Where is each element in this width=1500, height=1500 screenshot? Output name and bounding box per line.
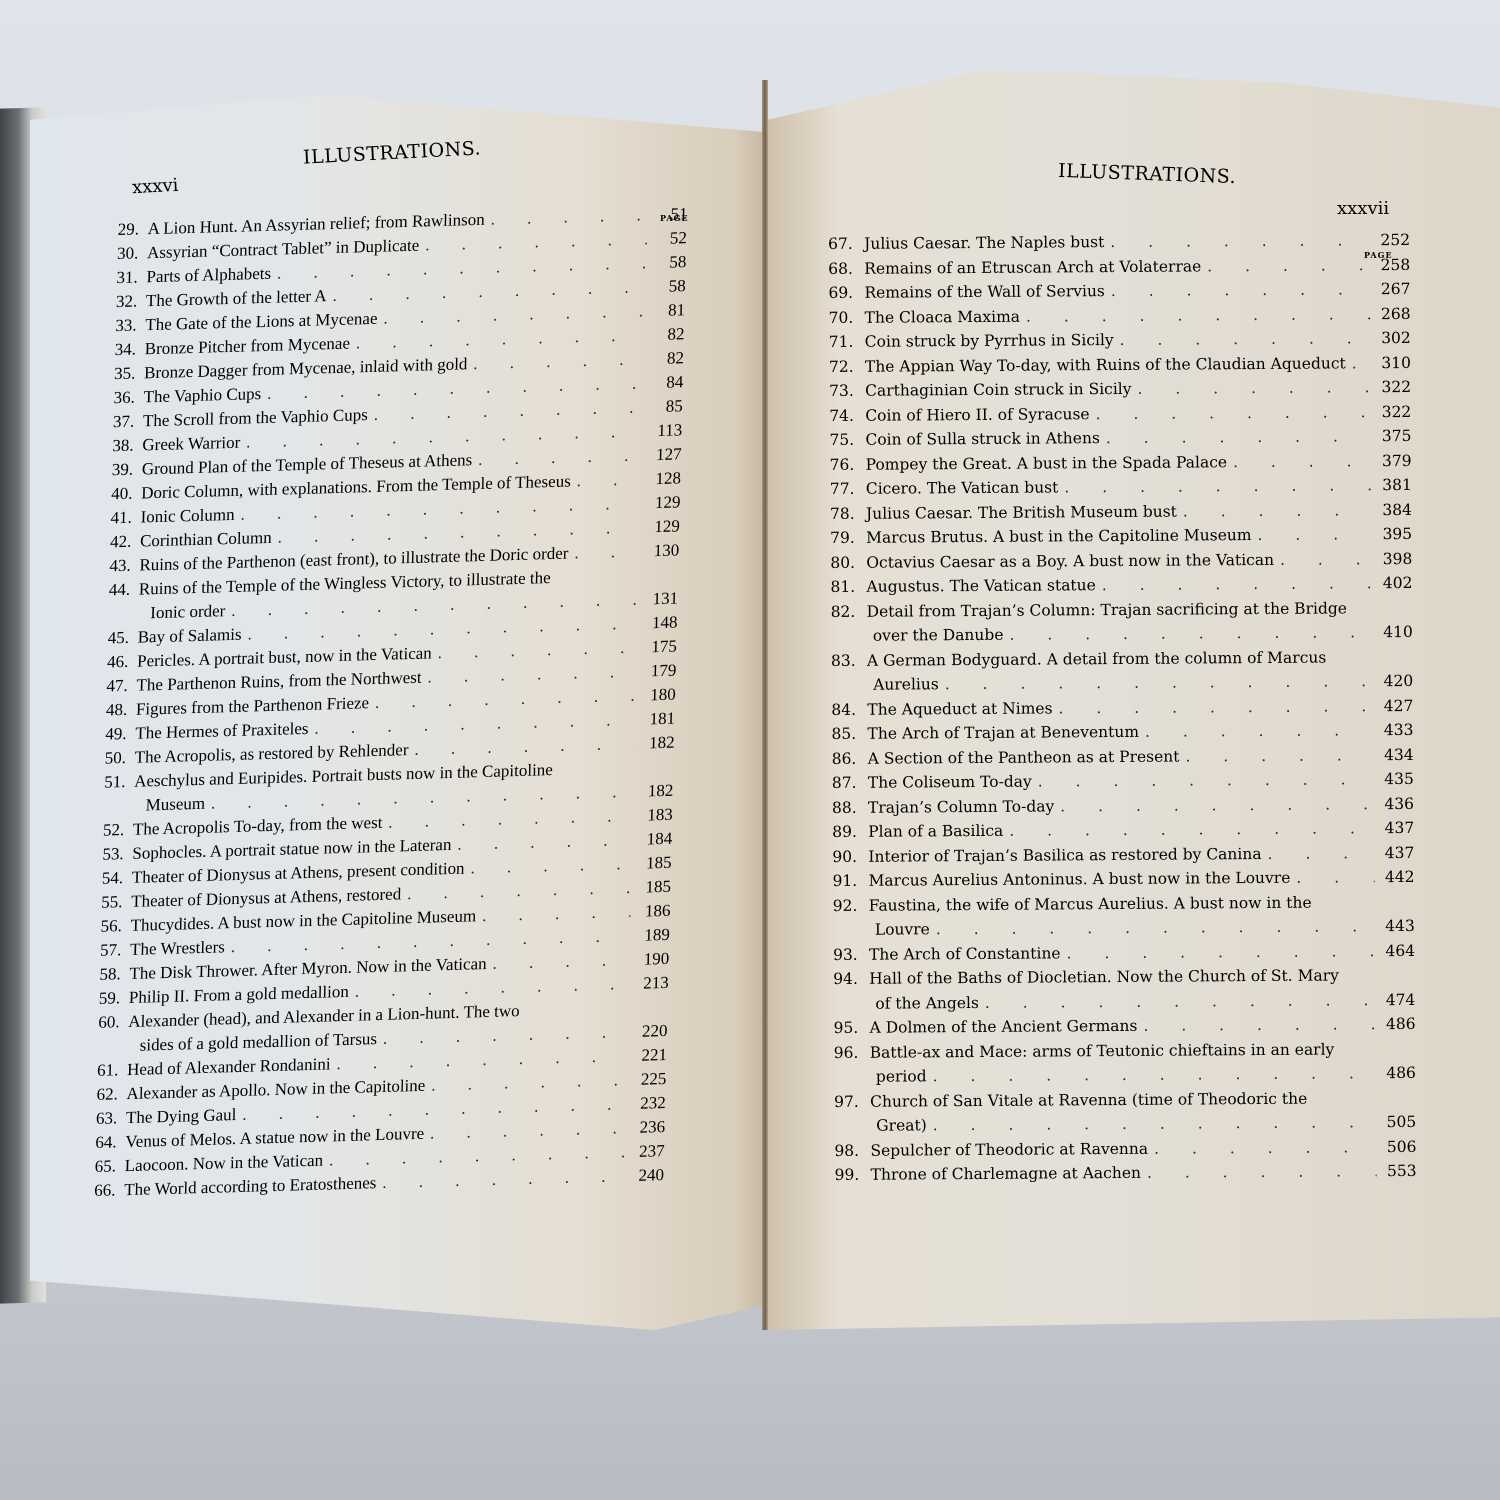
entry-page: 58 bbox=[652, 250, 687, 275]
entry-number: 37. bbox=[113, 409, 144, 434]
entry-title: The Appian Way To-day, with Ruins of the… bbox=[865, 351, 1346, 379]
entry-title: Coin of Hiero II. of Syracuse bbox=[865, 402, 1089, 428]
entry-number: 41. bbox=[110, 505, 141, 530]
entry-number: 65. bbox=[95, 1154, 126, 1179]
dot-leader: . . . . . . . . . . . . . . . . . . . . bbox=[1095, 400, 1371, 426]
entry-title-continuation: Great) bbox=[876, 1113, 927, 1138]
entry-number: 55. bbox=[101, 890, 132, 915]
entry-title: Remains of an Etruscan Arch at Volaterra… bbox=[864, 254, 1201, 281]
dot-leader: . . . . . . . . . . . . . . . . . . . . bbox=[1280, 547, 1372, 572]
entry-title: Battle-ax and Mace: arms of Teutonic chi… bbox=[870, 1037, 1335, 1065]
entry-page: 433 bbox=[1379, 718, 1413, 743]
left-illustrations-list: 29.A Lion Hunt. An Assyrian relief; from… bbox=[94, 202, 688, 1203]
entry-number: 30. bbox=[117, 241, 148, 266]
entry-number: 56. bbox=[100, 914, 131, 939]
entry-page: 381 bbox=[1378, 473, 1412, 498]
entry-page: 182 bbox=[640, 731, 675, 756]
entry-number: 96. bbox=[834, 1040, 870, 1065]
entry-page: 185 bbox=[637, 875, 672, 900]
entry-page: 82 bbox=[650, 346, 685, 371]
entry-number: 72. bbox=[829, 354, 865, 379]
entry-title: Pompey the Great. A bust in the Spada Pa… bbox=[866, 450, 1228, 477]
dot-leader: . . . . . . . . . . . . . . . . . . . . bbox=[1352, 351, 1371, 376]
entry-title: A Dolmen of the Ancient Germans bbox=[869, 1014, 1137, 1040]
dot-leader: . . . . . . . . . . . . . . . . . . . . bbox=[577, 467, 642, 493]
dot-leader: . . . . . . . . . . . . . . . . . . . . bbox=[1060, 792, 1374, 819]
entry-number: 89. bbox=[832, 820, 868, 845]
entry-title: Faustina, the wife of Marcus Aurelius. A… bbox=[869, 890, 1312, 918]
entry-page: 237 bbox=[630, 1139, 665, 1164]
entry-page: 486 bbox=[1381, 1012, 1415, 1037]
entry-page: 437 bbox=[1380, 816, 1414, 841]
entry-page: 131 bbox=[644, 586, 679, 611]
dot-leader: . . . . . . . . . . . . . . . . . . . . bbox=[936, 914, 1375, 942]
entry-title: Cicero. The Vatican bust bbox=[866, 475, 1059, 501]
entry-page: 302 bbox=[1377, 326, 1411, 351]
entry-number: 87. bbox=[832, 771, 868, 796]
entry-page: 52 bbox=[653, 226, 688, 251]
entry-page: 130 bbox=[645, 538, 680, 563]
entry-page: 127 bbox=[647, 442, 682, 467]
book-gutter bbox=[762, 80, 768, 1330]
entry-page: 189 bbox=[636, 923, 671, 948]
list-item: 99.Throne of Charlemagne at Aachen. . . … bbox=[834, 1159, 1416, 1188]
entry-page: 85 bbox=[649, 394, 684, 419]
entry-title: The Aqueduct at Nimes bbox=[867, 696, 1052, 722]
entry-number: 54. bbox=[102, 866, 133, 891]
entry-title-continuation: over the Danube bbox=[873, 623, 1004, 648]
dot-leader: . . . . . . . . . . . . . . . . . . . . bbox=[1183, 498, 1372, 524]
entry-number: 74. bbox=[829, 403, 865, 428]
entry-number: 80. bbox=[830, 550, 866, 575]
entry-title: Plan of a Basilica bbox=[868, 819, 1003, 844]
entry-title: The Wrestlers bbox=[130, 935, 225, 962]
entry-number: 44. bbox=[109, 578, 140, 603]
entry-page: 267 bbox=[1376, 277, 1410, 302]
entry-number: 61. bbox=[97, 1058, 128, 1083]
entry-page: 225 bbox=[632, 1067, 667, 1092]
entry-page: 186 bbox=[636, 899, 671, 924]
entry-number: 91. bbox=[832, 869, 868, 894]
entry-page: 398 bbox=[1378, 546, 1412, 571]
entry-title: Coin of Sulla struck in Athens bbox=[865, 426, 1100, 452]
entry-page: 435 bbox=[1380, 767, 1414, 792]
entry-number: 93. bbox=[833, 942, 869, 967]
entry-number: 47. bbox=[106, 674, 137, 699]
entry-page: 379 bbox=[1378, 448, 1412, 473]
entry-page: 213 bbox=[634, 971, 669, 996]
entry-title: The Arch of Trajan at Beneventum bbox=[867, 720, 1139, 746]
entry-title: Greek Warrior bbox=[142, 431, 240, 458]
dot-leader: . . . . . . . . . . . . . . . . . . . . bbox=[1120, 326, 1371, 352]
dot-leader: . . . . . . . . . . . . . . . . . . . . bbox=[1026, 302, 1371, 329]
entry-page: 180 bbox=[641, 683, 676, 708]
dot-leader: . . . . . . . . . . . . . . . . . . . . bbox=[1038, 767, 1374, 794]
entry-number: 85. bbox=[831, 722, 867, 747]
entry-page: 181 bbox=[641, 707, 676, 732]
entry-number: 33. bbox=[115, 313, 146, 338]
entry-page: 175 bbox=[643, 635, 678, 660]
entry-number: 92. bbox=[833, 893, 869, 918]
entry-number: 71. bbox=[829, 330, 865, 355]
entry-number: 75. bbox=[829, 428, 865, 453]
entry-number: 50. bbox=[104, 746, 135, 771]
dot-leader: . . . . . . . . . . . . . . . . . . . . bbox=[945, 669, 1374, 696]
entry-title: Interior of Trajan’s Basilica as restore… bbox=[868, 841, 1261, 868]
entry-page: 258 bbox=[1376, 252, 1410, 277]
entry-title: Coin struck by Pyrrhus in Sicily bbox=[865, 328, 1114, 354]
entry-number: 94. bbox=[833, 967, 869, 992]
entry-page: 375 bbox=[1377, 424, 1411, 449]
dot-leader: . . . . . . . . . . . . . . . . . . . . bbox=[1137, 375, 1371, 401]
dot-leader: . . . . . . . . . . . . . . . . . . . . bbox=[1154, 1135, 1376, 1161]
entry-number: 69. bbox=[828, 281, 864, 306]
entry-page: 84 bbox=[649, 370, 684, 395]
entry-page: 184 bbox=[638, 827, 673, 852]
entry-title: Throne of Charlemagne at Aachen bbox=[870, 1161, 1141, 1187]
dot-leader: . . . . . . . . . . . . . . . . . . . . bbox=[1267, 841, 1374, 866]
entry-page: 183 bbox=[639, 803, 674, 828]
entry-title: The Cloaca Maxima bbox=[865, 304, 1021, 330]
entry-number: 78. bbox=[830, 501, 866, 526]
entry-number: 29. bbox=[117, 217, 148, 242]
entry-number: 76. bbox=[830, 452, 866, 477]
entry-page: 322 bbox=[1377, 375, 1411, 400]
entry-page: 442 bbox=[1380, 865, 1414, 890]
entry-number: 63. bbox=[96, 1106, 127, 1131]
entry-page: 179 bbox=[642, 659, 677, 684]
dot-leader: . . . . . . . . . . . . . . . . . . . . bbox=[574, 540, 639, 566]
entry-number: 66. bbox=[94, 1178, 125, 1203]
entry-number: 90. bbox=[832, 844, 868, 869]
entry-title: Julius Caesar. The Naples bust bbox=[864, 230, 1104, 256]
entry-number: 34. bbox=[114, 337, 145, 362]
dot-leader: . . . . . . . . . . . . . . . . . . . . bbox=[1110, 228, 1370, 254]
entry-number: 42. bbox=[110, 529, 141, 554]
entry-title: Hall of the Baths of Diocletian. Now the… bbox=[869, 963, 1339, 991]
entry-page: 128 bbox=[647, 466, 682, 491]
entry-page: 81 bbox=[651, 298, 686, 323]
dot-leader: . . . . . . . . . . . . . . . . . . . . bbox=[985, 988, 1376, 1015]
entry-page: 505 bbox=[1382, 1110, 1416, 1135]
entry-page: 464 bbox=[1381, 938, 1415, 963]
entry-number: 39. bbox=[112, 457, 143, 482]
entry-number: 62. bbox=[96, 1082, 127, 1107]
entry-number: 46. bbox=[107, 650, 138, 675]
entry-page: 395 bbox=[1378, 522, 1412, 547]
entry-number: 97. bbox=[834, 1089, 870, 1114]
entry-number: 48. bbox=[106, 698, 137, 723]
entry-number: 95. bbox=[833, 1016, 869, 1041]
entry-number: 83. bbox=[831, 648, 867, 673]
entry-number: 59. bbox=[99, 986, 130, 1011]
entry-title-continuation: period bbox=[876, 1064, 927, 1089]
entry-number: 88. bbox=[832, 795, 868, 820]
entry-title-continuation: Ionic order bbox=[150, 599, 226, 625]
entry-page: 268 bbox=[1376, 301, 1410, 326]
entry-title-continuation: Aurelius bbox=[873, 672, 939, 697]
entry-page: 240 bbox=[630, 1163, 665, 1188]
entry-number: 45. bbox=[107, 626, 138, 651]
entry-page: 51 bbox=[653, 202, 688, 227]
entry-number: 77. bbox=[830, 477, 866, 502]
entry-number: 68. bbox=[828, 256, 864, 281]
entry-title: Carthaginian Coin struck in Sicily bbox=[865, 377, 1132, 403]
entry-page: 443 bbox=[1381, 914, 1415, 939]
dot-leader: . . . . . . . . . . . . . . . . . . . . bbox=[1207, 253, 1370, 279]
dot-leader: . . . . . . . . . . . . . . . . . . . . bbox=[933, 1110, 1377, 1138]
entry-title: Octavius Caesar as a Boy. A bust now in … bbox=[866, 547, 1274, 574]
dot-leader: . . . . . . . . . . . . . . . . . . . . bbox=[1009, 816, 1374, 843]
entry-title: Sepulcher of Theodoric at Ravenna bbox=[870, 1136, 1148, 1162]
entry-title-continuation: Louvre bbox=[875, 917, 930, 942]
dot-leader: . . . . . . . . . . . . . . . . . . . . bbox=[1143, 1012, 1375, 1038]
entry-number: 98. bbox=[834, 1138, 870, 1163]
entry-title: The Dying Gaul bbox=[126, 1103, 237, 1130]
entry-page: 182 bbox=[639, 779, 674, 804]
dot-leader: . . . . . . . . . . . . . . . . . . . . bbox=[1106, 424, 1372, 450]
entry-page: 420 bbox=[1379, 669, 1413, 694]
entry-number: 60. bbox=[98, 1010, 129, 1035]
left-folio: xxxvi bbox=[131, 175, 178, 198]
entry-page: 113 bbox=[648, 418, 683, 443]
entry-number: 99. bbox=[834, 1163, 870, 1188]
entry-page: 506 bbox=[1382, 1134, 1416, 1159]
entry-page: 486 bbox=[1382, 1061, 1416, 1086]
entry-number: 32. bbox=[116, 289, 147, 314]
entry-page: 553 bbox=[1382, 1159, 1416, 1184]
entry-page: 437 bbox=[1380, 840, 1414, 865]
entry-title: Remains of the Wall of Servius bbox=[864, 279, 1105, 305]
dot-leader: . . . . . . . . . . . . . . . . . . . . bbox=[1067, 939, 1376, 966]
entry-page: 310 bbox=[1377, 350, 1411, 375]
entry-number: 53. bbox=[102, 842, 133, 867]
entry-page: 58 bbox=[651, 274, 686, 299]
entry-number: 40. bbox=[111, 481, 142, 506]
entry-number: 52. bbox=[103, 818, 134, 843]
entry-number: 86. bbox=[832, 746, 868, 771]
dot-leader: . . . . . . . . . . . . . . . . . . . . bbox=[1102, 571, 1373, 597]
entry-page: 220 bbox=[633, 1019, 668, 1044]
entry-title: The Vaphio Cups bbox=[143, 382, 261, 409]
right-illustrations-list: 67.Julius Caesar. The Naples bust. . . .… bbox=[828, 228, 1417, 1188]
entry-page: 436 bbox=[1380, 791, 1414, 816]
entry-page: 190 bbox=[635, 947, 670, 972]
entry-title: Parts of Alphabets bbox=[146, 262, 271, 290]
entry-number: 49. bbox=[105, 722, 136, 747]
entry-page: 427 bbox=[1379, 693, 1413, 718]
entry-title: A German Bodyguard. A detail from the co… bbox=[867, 645, 1326, 673]
dot-leader: . . . . . . . . . . . . . . . . . . . . bbox=[1009, 620, 1373, 647]
entry-page: 434 bbox=[1380, 742, 1414, 767]
entry-title: Augustus. The Vatican statue bbox=[866, 573, 1095, 599]
entry-page: 232 bbox=[631, 1091, 666, 1116]
dot-leader: . . . . . . . . . . . . . . . . . . . . bbox=[1185, 743, 1373, 769]
entry-page: 221 bbox=[633, 1043, 668, 1068]
entry-number: 51. bbox=[104, 770, 135, 795]
dot-leader: . . . . . . . . . . . . . . . . . . . . bbox=[1233, 449, 1372, 474]
entry-page: 129 bbox=[646, 490, 681, 515]
entry-number: 36. bbox=[113, 385, 144, 410]
dot-leader: . . . . . . . . . . . . . . . . . . . . bbox=[1064, 473, 1372, 500]
entry-number: 79. bbox=[830, 526, 866, 551]
entry-title-continuation: of the Angels bbox=[875, 990, 979, 1015]
entry-page: 402 bbox=[1378, 571, 1412, 596]
entry-page: 410 bbox=[1379, 620, 1413, 645]
entry-title: A Section of the Pantheon as at Present bbox=[868, 744, 1180, 771]
entry-number: 67. bbox=[828, 232, 864, 257]
entry-title: The Arch of Constantine bbox=[869, 941, 1061, 967]
entry-title: Ionic Column bbox=[140, 503, 235, 530]
dot-leader: . . . . . . . . . . . . . . . . . . . . bbox=[1257, 522, 1372, 547]
entry-number: 35. bbox=[114, 361, 145, 386]
entry-title: Bay of Salamis bbox=[137, 623, 241, 650]
entry-title: The Coliseum To-day bbox=[868, 770, 1032, 796]
entry-number: 31. bbox=[116, 265, 147, 290]
entry-number: 38. bbox=[112, 433, 143, 458]
entry-page: 252 bbox=[1376, 228, 1410, 253]
entry-number: 82. bbox=[831, 599, 867, 624]
entry-page: 148 bbox=[643, 611, 678, 636]
dot-leader: . . . . . . . . . . . . . . . . . . . . bbox=[1296, 865, 1374, 890]
entry-page: 185 bbox=[637, 851, 672, 876]
entry-title-continuation: Museum bbox=[145, 792, 205, 818]
entry-number: 58. bbox=[99, 962, 130, 987]
entry-page: 236 bbox=[631, 1115, 666, 1140]
entry-page: 474 bbox=[1381, 987, 1415, 1012]
entry-number: 81. bbox=[830, 575, 866, 600]
dot-leader: . . . . . . . . . . . . . . . . . . . . bbox=[1145, 718, 1374, 744]
dot-leader: . . . . . . . . . . . . . . . . . . . . bbox=[1111, 277, 1371, 303]
dot-leader: . . . . . . . . . . . . . . . . . . . . bbox=[1147, 1159, 1377, 1185]
entry-title: Marcus Brutus. A bust in the Capitoline … bbox=[866, 523, 1252, 550]
right-folio: xxxvii bbox=[1337, 198, 1389, 219]
entry-title: Detail from Trajan’s Column: Trajan sacr… bbox=[867, 596, 1347, 624]
entry-number: 43. bbox=[109, 554, 140, 579]
entry-number: 73. bbox=[829, 379, 865, 404]
entry-number: 70. bbox=[829, 305, 865, 330]
entry-number: 57. bbox=[100, 938, 131, 963]
entry-number: 64. bbox=[95, 1130, 126, 1155]
entry-title: Church of San Vitale at Ravenna (time of… bbox=[870, 1086, 1307, 1114]
entry-title: Marcus Aurelius Antoninus. A bust now in… bbox=[868, 866, 1290, 893]
dot-leader: . . . . . . . . . . . . . . . . . . . . bbox=[933, 1061, 1376, 1089]
entry-number: 84. bbox=[831, 697, 867, 722]
entry-page: 82 bbox=[650, 322, 685, 347]
entry-title: Trajan’s Column To-day bbox=[868, 794, 1054, 820]
dot-leader: . . . . . . . . . . . . . . . . . . . . bbox=[1058, 694, 1373, 721]
entry-page: 129 bbox=[646, 514, 681, 539]
entry-page: 384 bbox=[1378, 497, 1412, 522]
entry-page: 322 bbox=[1377, 399, 1411, 424]
entry-title: Julius Caesar. The British Museum bust bbox=[866, 499, 1177, 526]
